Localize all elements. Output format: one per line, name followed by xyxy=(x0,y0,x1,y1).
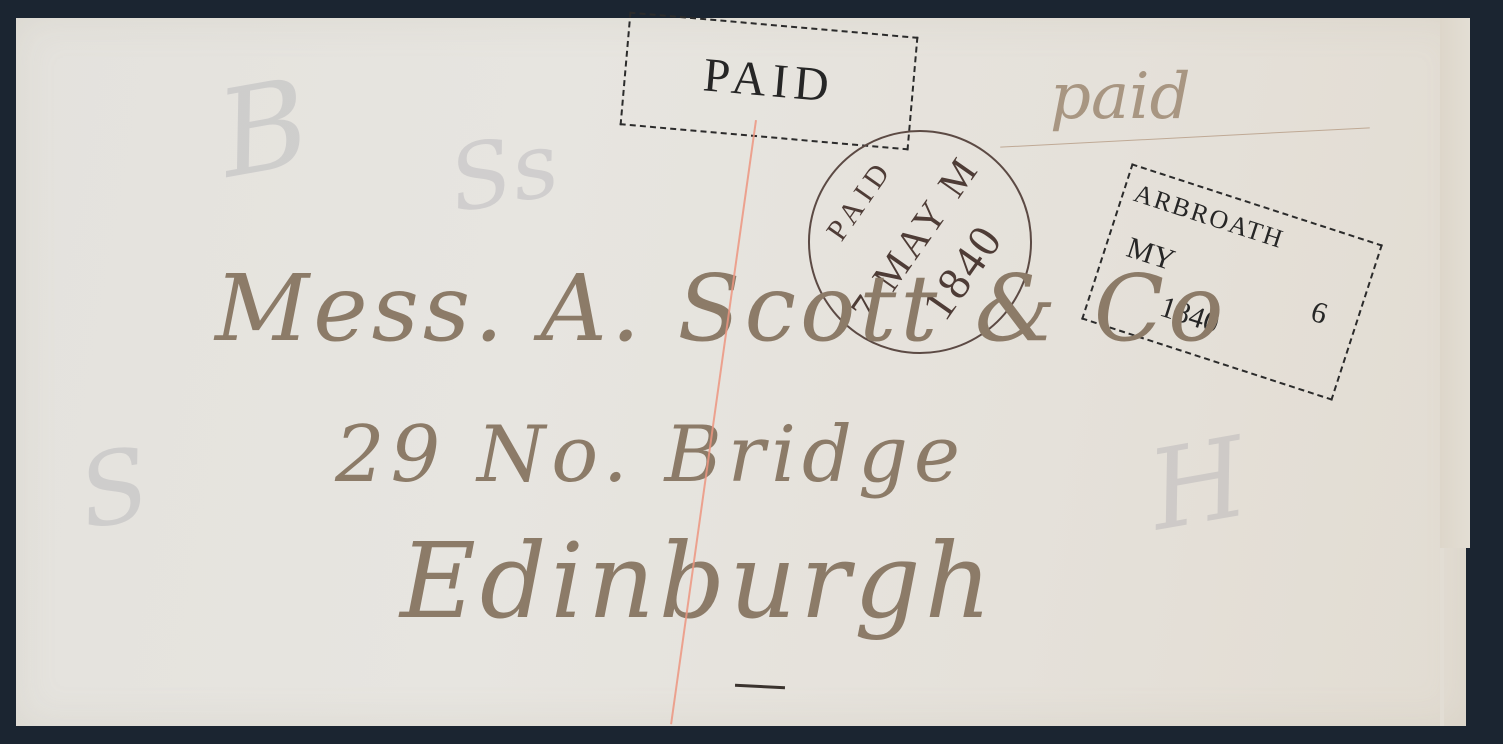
address-line-1: Mess. A. Scott & Co xyxy=(215,255,1228,362)
cover-fold-edge xyxy=(1440,548,1444,726)
show-through-writing: Ss xyxy=(442,111,566,233)
arbroath-day: 6 xyxy=(1307,295,1332,332)
manuscript-paid-note: paid xyxy=(1050,60,1191,134)
cover-fold-flap xyxy=(1440,18,1470,548)
paid-handstamp-text: PAID xyxy=(701,48,837,112)
address-line-2: 29 No. Bridge xyxy=(335,410,966,500)
